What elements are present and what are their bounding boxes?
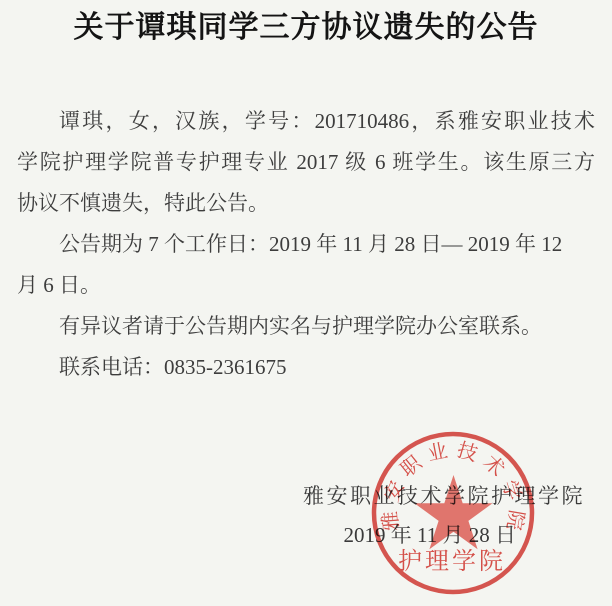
body-line: 公告期为 7 个工作日：2019 年 11 月 28 日— 2019 年 12	[17, 224, 595, 265]
body-line: 谭琪，女，汉族，学号：201710486，系雅安职业技术	[17, 101, 595, 142]
body-line: 有异议者请于公告期内实名与护理学院办公室联系。	[17, 306, 595, 347]
notice-document: 关于谭琪同学三方协议遗失的公告 谭琪，女，汉族，学号：201710486，系雅安…	[0, 0, 612, 606]
official-seal: 雅安职业技术学院 护理学院	[369, 429, 537, 597]
star-icon	[415, 475, 493, 549]
page-title: 关于谭琪同学三方协议遗失的公告	[0, 6, 612, 50]
body: 谭琪，女，汉族，学号：201710486，系雅安职业技术学院护理学院普专护理专业…	[17, 101, 595, 388]
body-line: 月 6 日。	[17, 265, 595, 306]
body-line: 联系电话：0835-2361675	[17, 347, 595, 388]
body-line: 学院护理学院普专护理专业 2017 级 6 班学生。该生原三方	[17, 142, 595, 183]
seal-bottom-text: 护理学院	[398, 548, 506, 575]
body-line: 协议不慎遗失，特此公告。	[17, 183, 595, 224]
